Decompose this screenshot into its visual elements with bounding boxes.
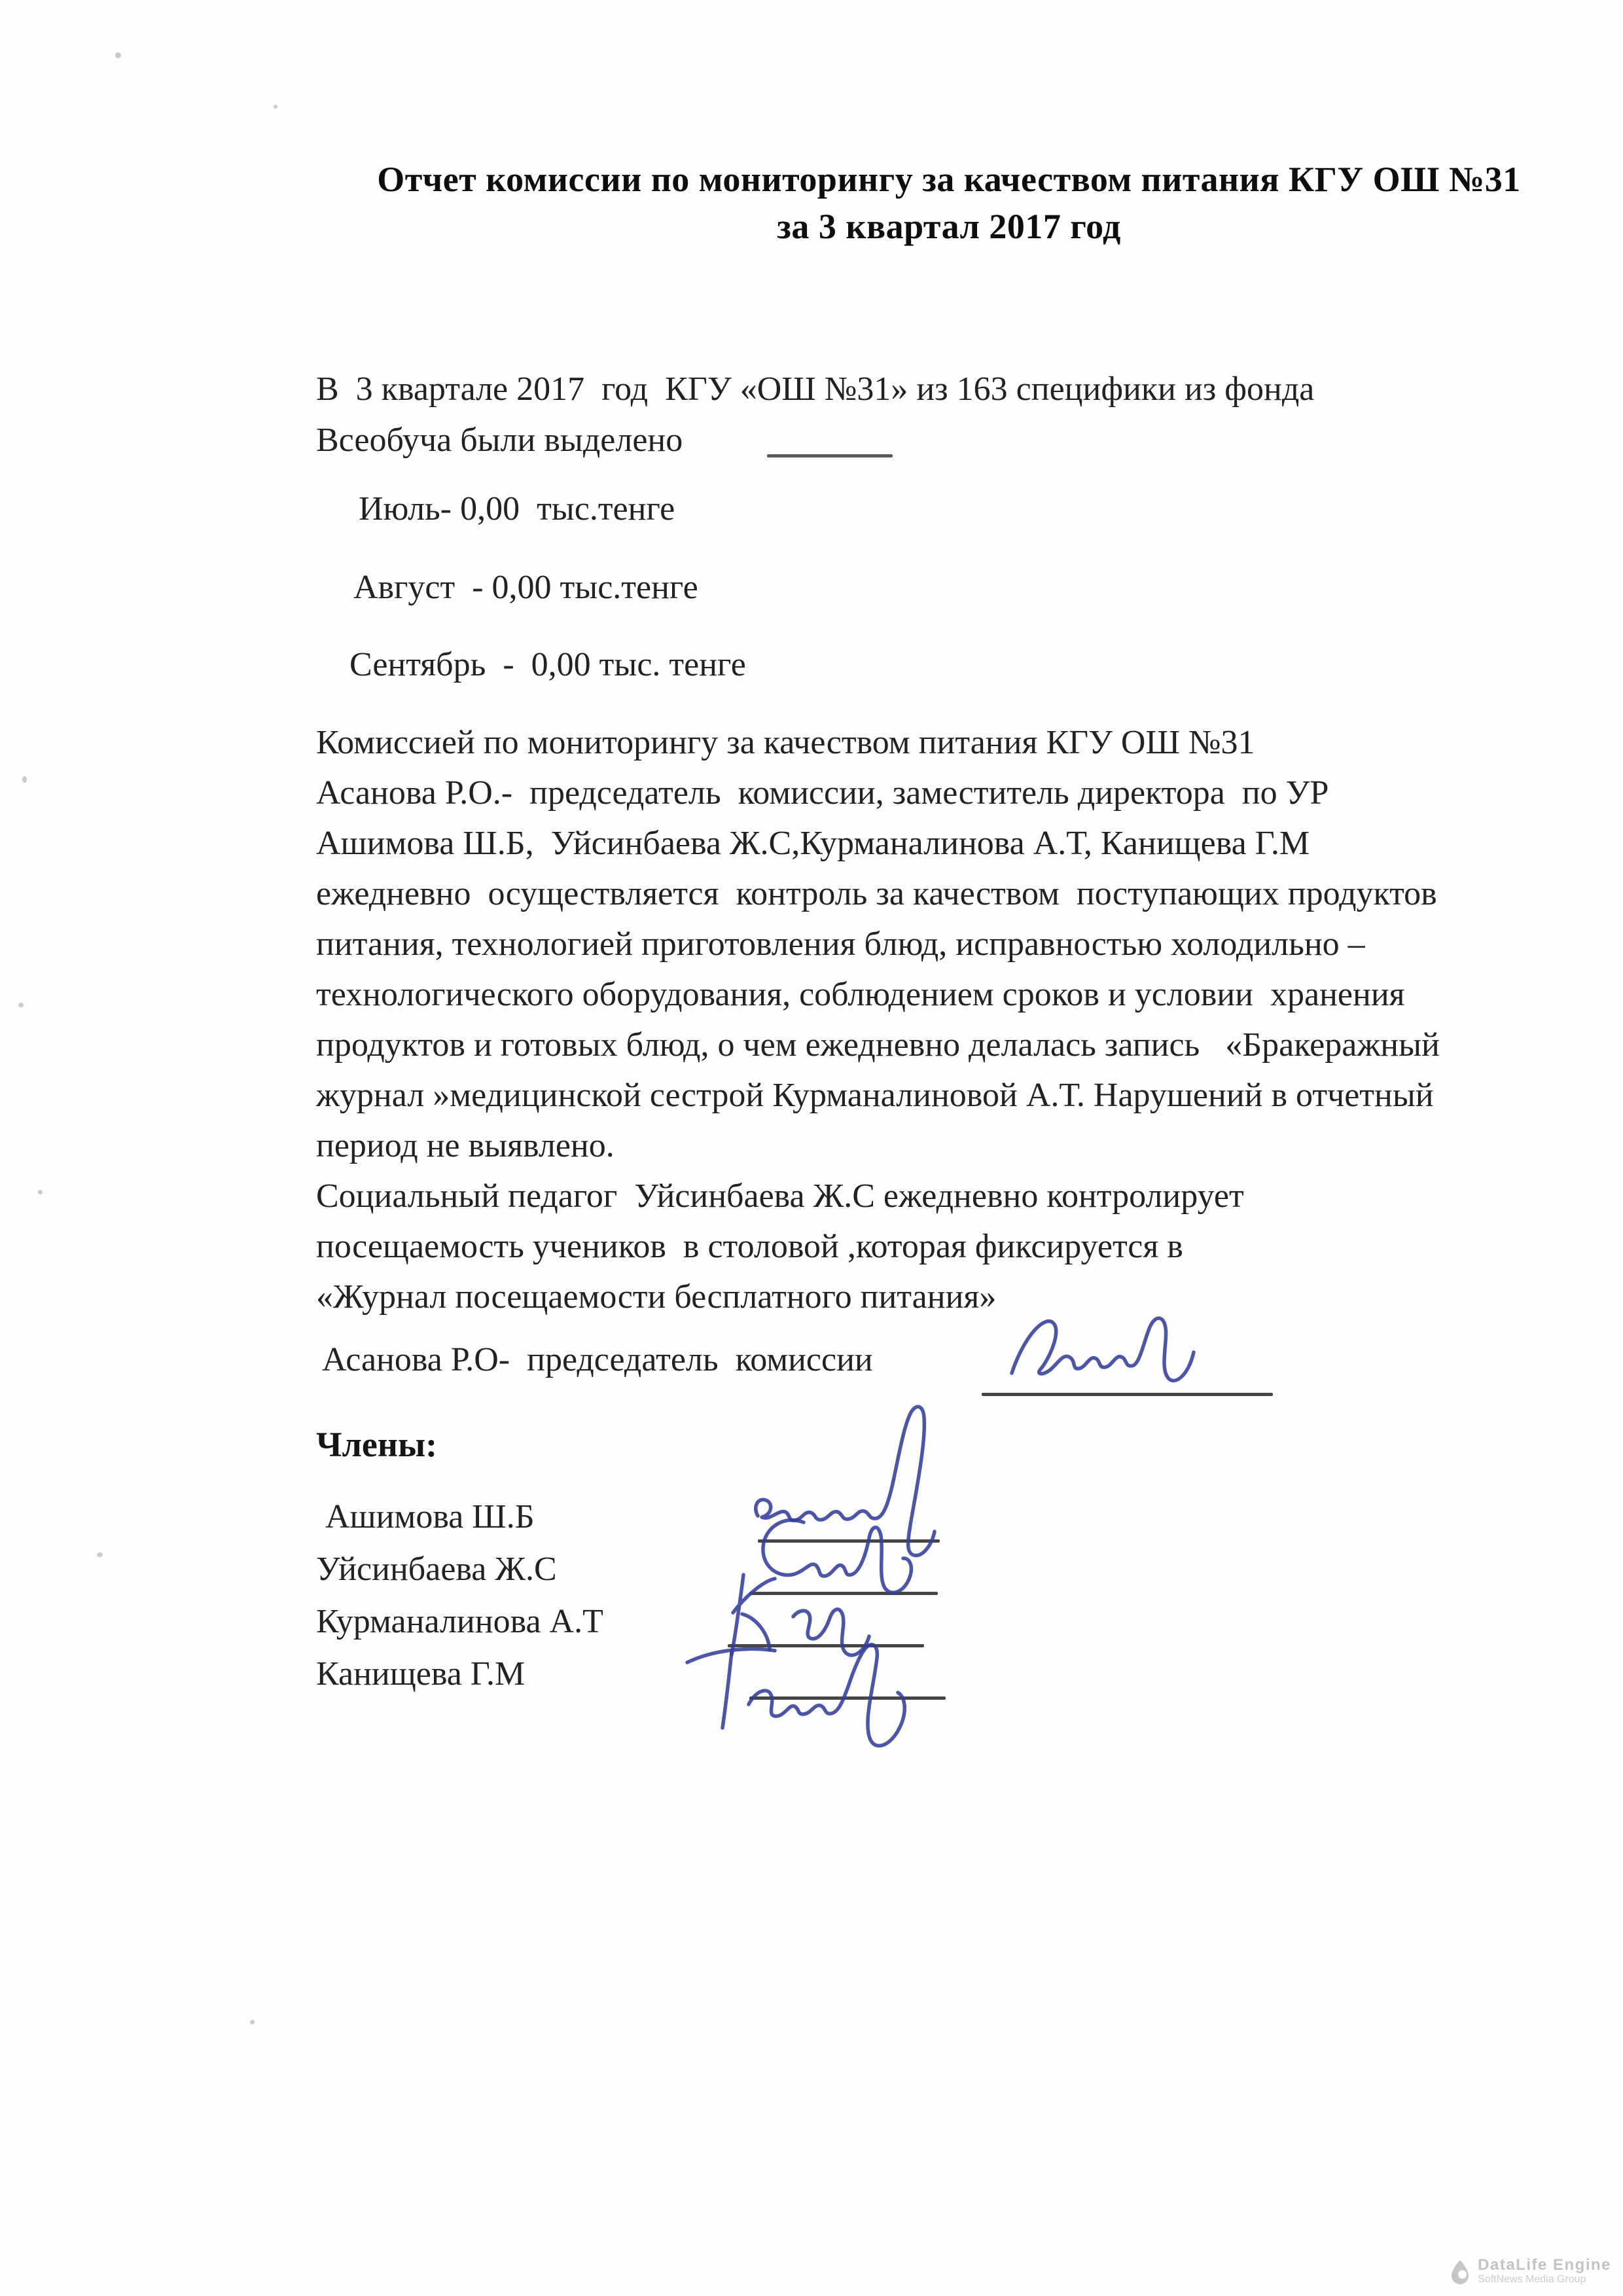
scan-speck [115,52,121,58]
members-heading: Члены: [316,1424,437,1465]
signature-kanisheva [675,1611,983,1768]
member-kanisheva: Канищева Г.М [316,1655,525,1693]
report-title-line1: Отчет комиссии по мониторингу за качеств… [275,156,1623,203]
report-title-line2: за 3 квартал 2017 год [275,203,1623,250]
scan-speck [18,1003,24,1007]
allocation-july: Июль- 0,00 тыс.тенге [359,490,675,528]
report-body: Комиссией по мониторингу за качеством пи… [316,717,1440,1322]
intro-paragraph: В 3 квартале 2017 год КГУ «ОШ №31» из 16… [316,364,1314,466]
body-line: Ашимова Ш.Б, Уйсинбаева Ж.С,Курманалинов… [316,818,1440,869]
member-kurmanalinova: Курманалинова А.Т [316,1602,603,1641]
intro-line1: В 3 квартале 2017 год КГУ «ОШ №31» из 16… [316,364,1314,415]
member-ashimova: Ашимова Ш.Б [325,1498,535,1536]
body-line: Комиссией по мониторингу за качеством пи… [316,717,1440,768]
watermark-text: DataLife Engine SoftNews Media Group [1478,2257,1611,2286]
datalife-drop-logo-icon [1449,2259,1471,2285]
body-line: ежедневно осуществляется контроль за кач… [316,869,1440,919]
member-uysinbaeva: Уйсинбаева Ж.С [316,1550,557,1588]
report-title: Отчет комиссии по мониторингу за качеств… [275,156,1623,250]
datalife-engine-watermark: DataLife Engine SoftNews Media Group [1449,2257,1611,2286]
watermark-subtitle: SoftNews Media Group [1478,2273,1611,2286]
signature-asanova [1003,1268,1199,1406]
chairman-line: Асанова Р.О- председатель комиссии [322,1340,873,1379]
body-line: посещаемость учеников в столовой ,котора… [316,1221,1440,1272]
body-line: период не выявлено. [316,1121,1440,1171]
scan-speck [22,776,27,783]
scan-speck [38,1190,43,1194]
scanned-report-page: Отчет комиссии по мониторингу за качеств… [0,0,1623,2296]
scan-speck [274,105,277,109]
allocation-august: Август - 0,00 тыс.тенге [353,568,698,607]
body-line: Социальный педагог Уйсинбаева Ж.С ежедне… [316,1171,1440,1221]
scan-speck [97,1552,103,1557]
watermark-title: DataLife Engine [1478,2257,1611,2273]
intro-line2: Всеобуча были выделено [316,415,1314,466]
body-line: Асанова Р.О.- председатель комиссии, зам… [316,768,1440,818]
body-line: продуктов и готовых блюд, о чем ежедневн… [316,1020,1440,1070]
body-line: «Журнал посещаемости бесплатного питания… [316,1272,1440,1322]
blank-fill-line [767,454,893,457]
scan-speck [250,2020,255,2024]
body-line: журнал »медицинской сестрой Курманалинов… [316,1070,1440,1121]
body-line: питания, технологией приготовления блюд,… [316,919,1440,969]
allocation-september: Сентябрь - 0,00 тыс. тенге [349,645,746,684]
body-line: технологического оборудования, соблюдени… [316,969,1440,1020]
